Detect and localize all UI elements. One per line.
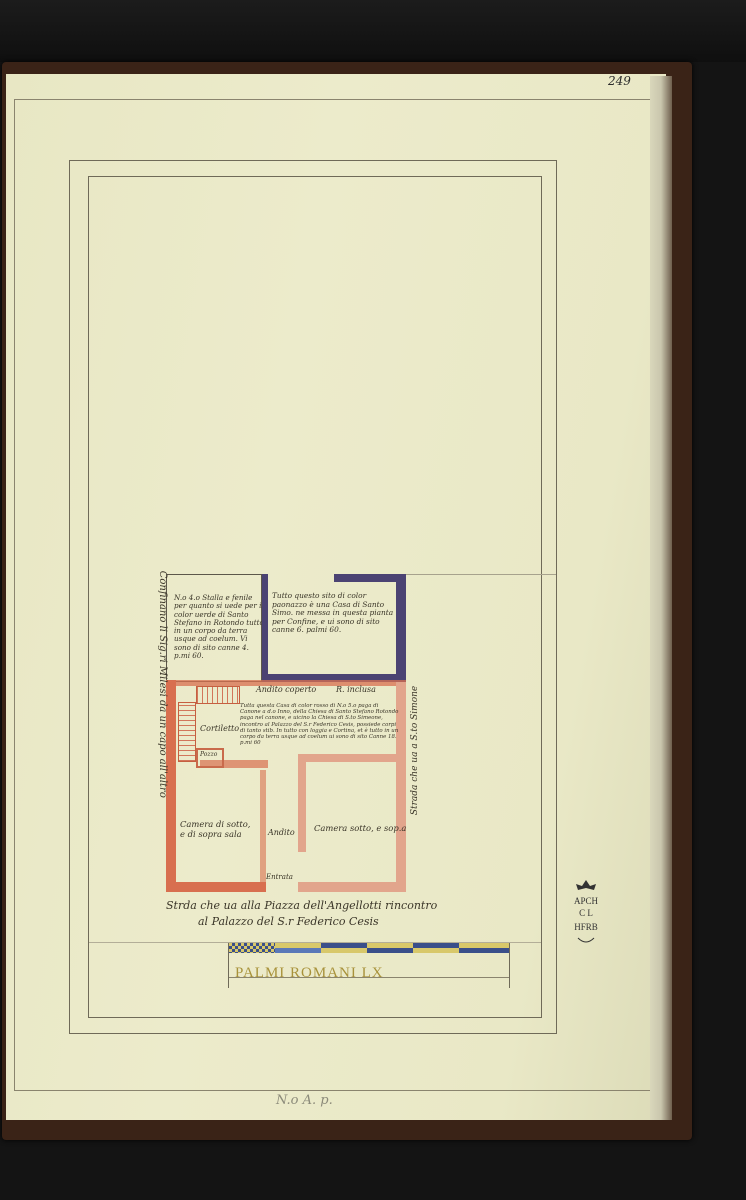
pink-wall-left xyxy=(298,754,306,852)
scale-seg xyxy=(275,943,321,953)
purple-box-text: Tutto questo sito di color paonazzo è un… xyxy=(272,592,400,635)
bottom-street-line1: Strda che ua alla Piazza dell'Angellotti… xyxy=(166,900,437,913)
scale-seg xyxy=(459,943,509,953)
pink-wall-top xyxy=(298,754,404,762)
left-margin-text: Confinano li Sig.ri Milesi da un capo al… xyxy=(156,571,168,871)
scale-checker xyxy=(229,943,275,953)
scale-seg xyxy=(367,943,413,953)
scale-label: PALMI ROMANI LX xyxy=(235,965,384,982)
svg-text:C L: C L xyxy=(579,908,593,918)
cortiletto-label: Cortiletto xyxy=(200,724,239,733)
scale-seg xyxy=(321,943,367,953)
scale-bar: PALMI ROMANI LX xyxy=(228,943,510,988)
purple-wall xyxy=(262,574,268,680)
bottom-street-line2: al Palazzo del S.r Federico Cesis xyxy=(198,916,379,929)
entrata-label: Entrata xyxy=(266,873,293,881)
svg-text:APCH: APCH xyxy=(574,896,599,906)
background-top xyxy=(0,0,746,62)
floor-plan: N.o 4.o Stalla e fenile per quanto si ue… xyxy=(160,570,420,910)
stable-box-text: N.o 4.o Stalla e fenile per quanto si ue… xyxy=(174,594,266,660)
library-stamp-icon: APCH C L HFRB xyxy=(566,876,606,948)
stairs-top xyxy=(196,686,240,704)
svg-text:HFRB: HFRB xyxy=(574,922,598,932)
andito-coperto-label: Andito coperto xyxy=(256,685,316,694)
camera-left-label: Camera di sotto, e di sopra sala xyxy=(180,820,258,839)
stairs-left xyxy=(178,702,196,762)
right-margin-text: Strada che ua a S.to Simone xyxy=(410,645,420,815)
red-wall-bottom xyxy=(166,882,266,892)
andito-label: Andito xyxy=(268,828,295,837)
guide-line xyxy=(406,574,556,575)
pencil-note: N.o A. p. xyxy=(276,1094,333,1109)
r-inclusa-label: R. inclusa xyxy=(336,685,376,694)
scale-seg xyxy=(413,943,459,953)
main-house-text: Tutta questa Casa di color rosso di N.o … xyxy=(240,703,400,746)
pozzo-label: Pozzo xyxy=(200,752,217,759)
red-wall-inner xyxy=(260,770,266,882)
folio-number: 249 xyxy=(608,74,631,88)
pink-wall-bottom xyxy=(298,882,406,892)
camera-right-label: Camera sotto, e sop.a xyxy=(314,824,406,834)
page-stack-edge xyxy=(650,76,672,1120)
